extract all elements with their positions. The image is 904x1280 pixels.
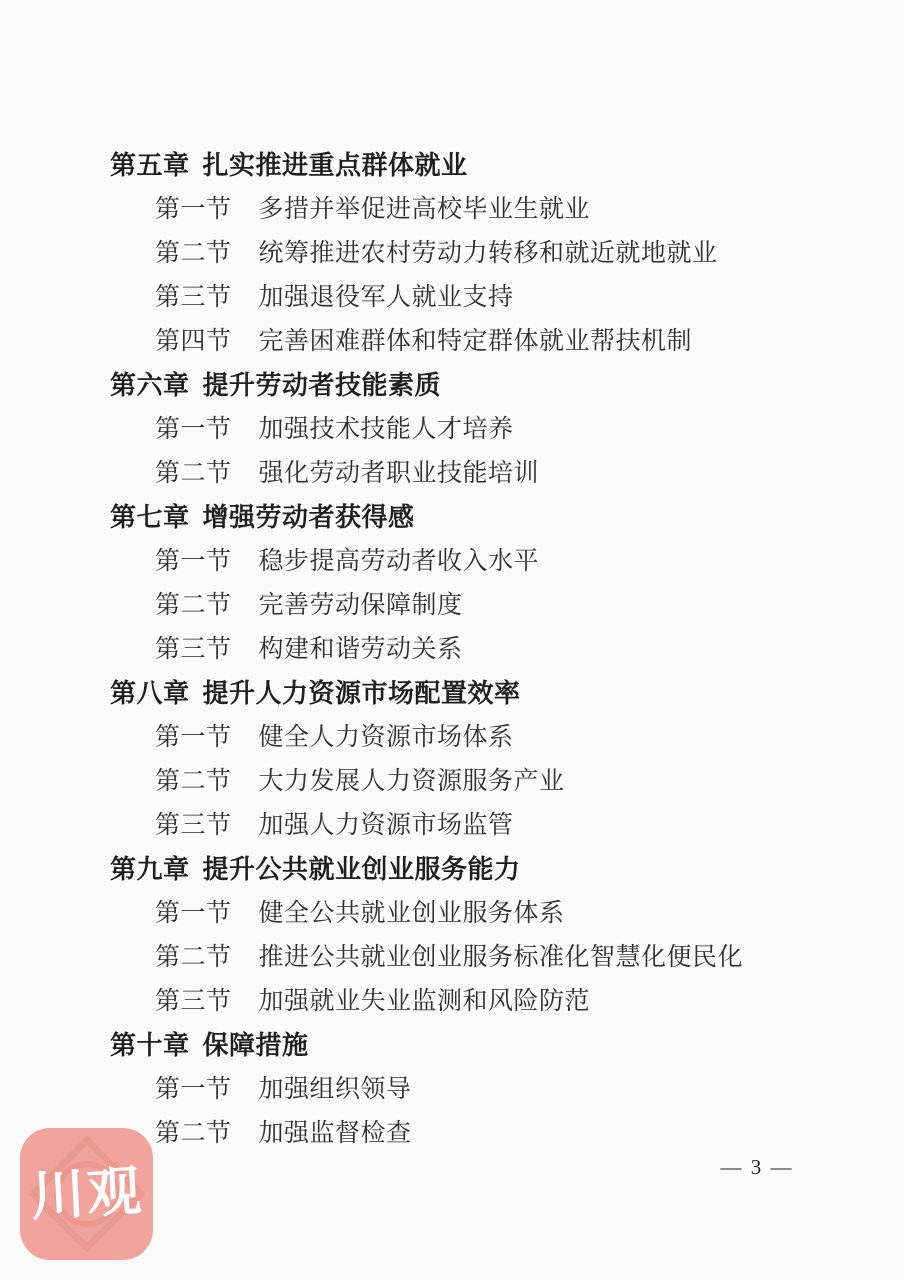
- toc-section-row: 第二节大力发展人力资源服务产业: [0, 757, 904, 801]
- toc-entry-title: 增强劳动者获得感: [203, 497, 415, 534]
- toc-entry-label: 第六章: [110, 365, 190, 402]
- toc-entry-title: 推进公共就业创业服务标准化智慧化便民化: [259, 937, 744, 973]
- toc-entry-label: 第四节: [155, 321, 232, 357]
- toc-entry-title: 提升劳动者技能素质: [203, 365, 442, 402]
- toc-section-row: 第一节加强组织领导: [0, 1065, 904, 1109]
- page-number: — 3 —: [707, 1155, 807, 1180]
- toc-entry-title: 健全公共就业创业服务体系: [259, 893, 565, 929]
- toc-section-row: 第一节多措并举促进高校毕业生就业: [0, 185, 904, 229]
- toc-section-row: 第三节构建和谐劳动关系: [0, 625, 904, 669]
- toc-entry-title: 加强组织领导: [259, 1069, 412, 1105]
- toc-entry-label: 第五章: [110, 145, 190, 182]
- toc-entry-title: 稳步提高劳动者收入水平: [259, 541, 540, 577]
- toc-entry-title: 强化劳动者职业技能培训: [259, 453, 540, 489]
- toc-section-row: 第一节加强技术技能人才培养: [0, 405, 904, 449]
- toc-section-row: 第二节完善劳动保障制度: [0, 581, 904, 625]
- toc-entry-label: 第一节: [155, 409, 232, 445]
- toc-entry-label: 第十章: [110, 1025, 190, 1062]
- toc-entry-title: 提升人力资源市场配置效率: [203, 673, 521, 710]
- toc-entry-title: 完善困难群体和特定群体就业帮扶机制: [259, 321, 693, 357]
- toc-section-row: 第三节加强就业失业监测和风险防范: [0, 977, 904, 1021]
- toc-entry-label: 第七章: [110, 497, 190, 534]
- chuanguan-watermark-badge: 川观: [20, 1128, 153, 1260]
- toc-section-row: 第四节完善困难群体和特定群体就业帮扶机制: [0, 317, 904, 361]
- toc-section-row: 第二节推进公共就业创业服务标准化智慧化便民化: [0, 933, 904, 977]
- toc-entry-title: 加强退役军人就业支持: [259, 277, 514, 313]
- toc-entry-label: 第八章: [110, 673, 190, 710]
- toc-entry-label: 第一节: [155, 893, 232, 929]
- toc-chapter-row: 第七章增强劳动者获得感: [0, 493, 904, 537]
- toc-chapter-row: 第六章提升劳动者技能素质: [0, 361, 904, 405]
- toc-entry-label: 第二节: [155, 1113, 232, 1149]
- toc-entry-label: 第三节: [155, 277, 232, 313]
- toc-chapter-row: 第十章保障措施: [0, 1021, 904, 1065]
- toc-entry-title: 完善劳动保障制度: [259, 585, 463, 621]
- toc-chapter-row: 第五章扎实推进重点群体就业: [0, 141, 904, 185]
- toc-entry-label: 第三节: [155, 805, 232, 841]
- toc-entry-title: 健全人力资源市场体系: [259, 717, 514, 753]
- toc-entry-title: 加强人力资源市场监管: [259, 805, 514, 841]
- toc-section-row: 第二节统筹推进农村劳动力转移和就近就地就业: [0, 229, 904, 273]
- toc-entry-label: 第一节: [155, 541, 232, 577]
- toc-entry-title: 统筹推进农村劳动力转移和就近就地就业: [259, 233, 718, 269]
- toc-entry-label: 第二节: [155, 233, 232, 269]
- toc-chapter-row: 第八章提升人力资源市场配置效率: [0, 669, 904, 713]
- toc-entry-label: 第三节: [155, 981, 232, 1017]
- table-of-contents: 第五章扎实推进重点群体就业第一节多措并举促进高校毕业生就业第二节统筹推进农村劳动…: [0, 141, 904, 1153]
- toc-entry-label: 第一节: [155, 1069, 232, 1105]
- watermark-text: 川观: [29, 1164, 144, 1224]
- toc-entry-title: 加强监督检查: [259, 1113, 412, 1149]
- toc-chapter-row: 第九章提升公共就业创业服务能力: [0, 845, 904, 889]
- toc-section-row: 第三节加强退役军人就业支持: [0, 273, 904, 317]
- toc-entry-title: 大力发展人力资源服务产业: [259, 761, 565, 797]
- toc-section-row: 第二节强化劳动者职业技能培训: [0, 449, 904, 493]
- toc-entry-label: 第九章: [110, 849, 190, 886]
- toc-entry-title: 构建和谐劳动关系: [259, 629, 463, 665]
- toc-entry-label: 第三节: [155, 629, 232, 665]
- toc-section-row: 第三节加强人力资源市场监管: [0, 801, 904, 845]
- toc-section-row: 第一节稳步提高劳动者收入水平: [0, 537, 904, 581]
- toc-entry-label: 第二节: [155, 761, 232, 797]
- toc-section-row: 第一节健全公共就业创业服务体系: [0, 889, 904, 933]
- toc-entry-label: 第一节: [155, 717, 232, 753]
- toc-entry-title: 扎实推进重点群体就业: [203, 145, 468, 182]
- toc-entry-title: 加强就业失业监测和风险防范: [259, 981, 591, 1017]
- toc-entry-title: 加强技术技能人才培养: [259, 409, 514, 445]
- document-page: 第五章扎实推进重点群体就业第一节多措并举促进高校毕业生就业第二节统筹推进农村劳动…: [0, 0, 904, 1280]
- toc-entry-label: 第二节: [155, 937, 232, 973]
- toc-entry-label: 第二节: [155, 585, 232, 621]
- toc-entry-label: 第二节: [155, 453, 232, 489]
- toc-entry-label: 第一节: [155, 189, 232, 225]
- toc-entry-title: 保障措施: [203, 1025, 309, 1062]
- toc-entry-title: 多措并举促进高校毕业生就业: [259, 189, 591, 225]
- toc-entry-title: 提升公共就业创业服务能力: [203, 849, 521, 886]
- toc-section-row: 第一节健全人力资源市场体系: [0, 713, 904, 757]
